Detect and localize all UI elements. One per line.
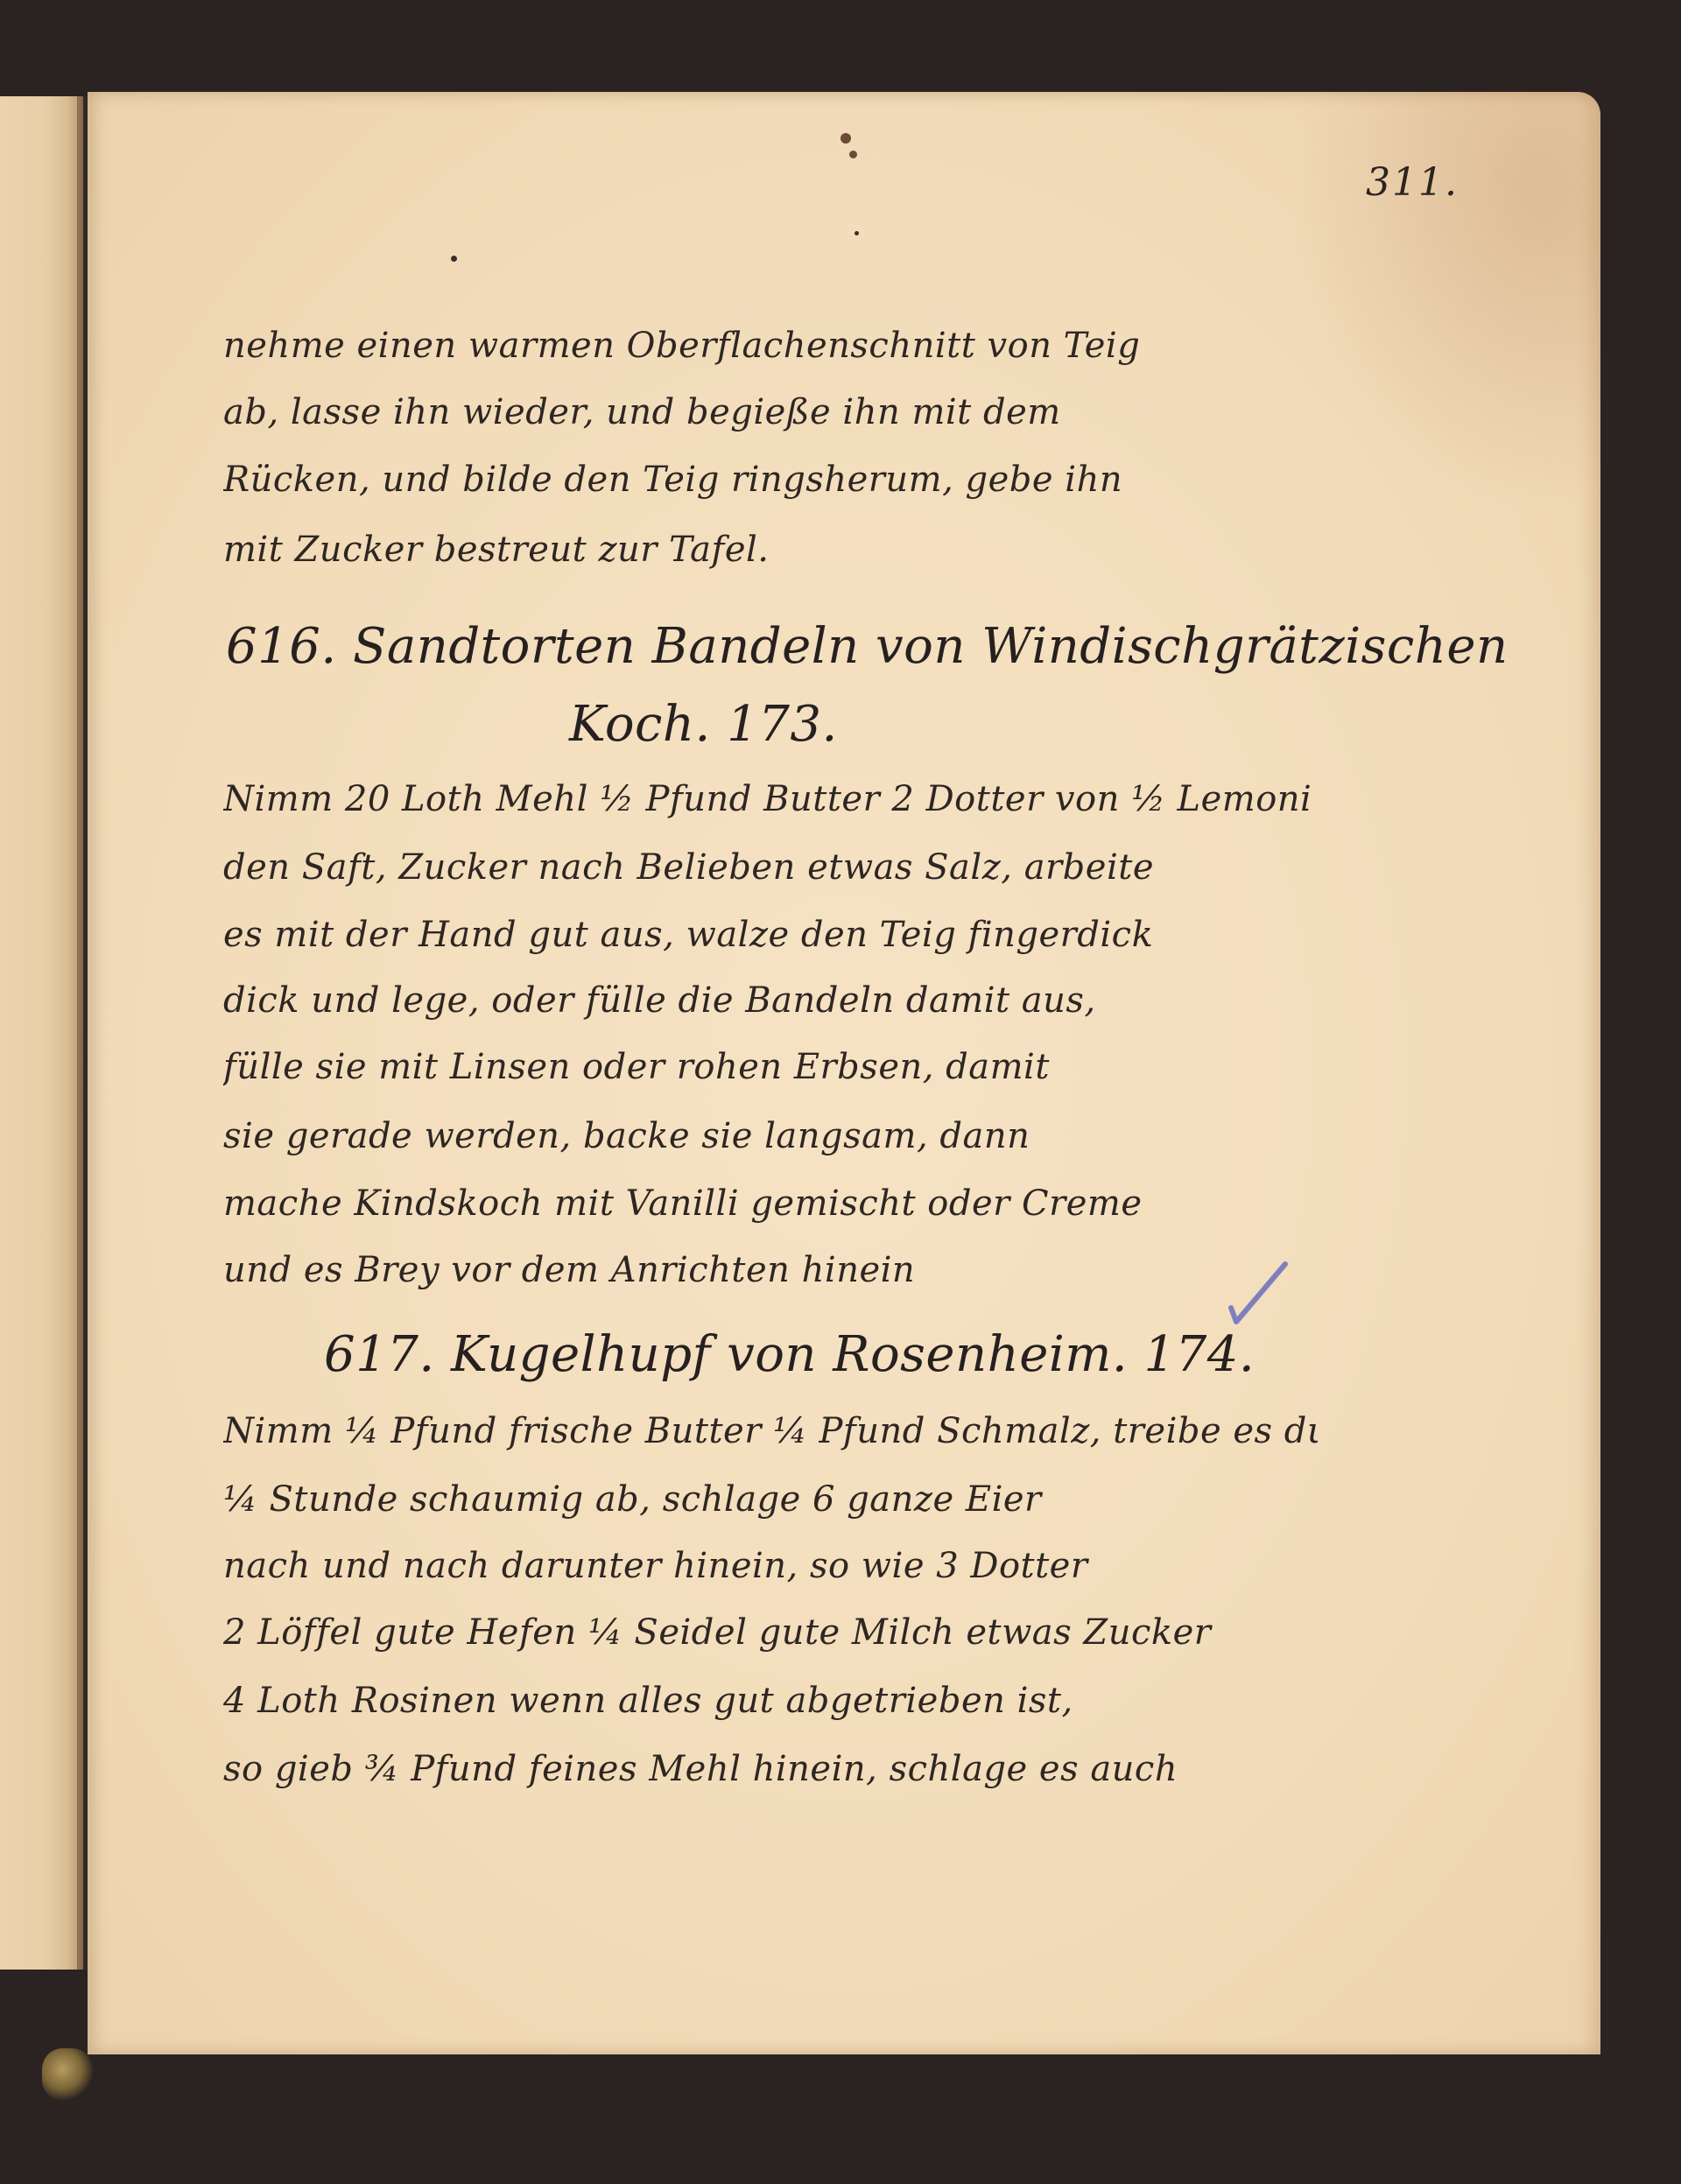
recipe-title: Sandtorten Bandeln von Windischgrätzisch… [353,618,1509,675]
binding-thread [42,2048,93,2101]
text-line: mit Zucker bestreut zur Tafel. [223,530,1318,570]
text-line: nach und nach darunter hinein, so wie 3 … [223,1546,1318,1586]
left-page-edge [0,96,83,1970]
recipe-number: 617. [324,1326,435,1383]
recipe-number: 616. [226,618,337,675]
check-mark-icon [1226,1259,1296,1329]
text-line: mache Kindskoch mit Vanilli gemischt ode… [223,1183,1318,1224]
ink-stain [840,133,851,144]
text-line: Nimm ¼ Pfund frische Butter ¼ Pfund Schm… [223,1411,1318,1451]
text-line: dick und lege, oder fülle die Bandeln da… [223,980,1318,1021]
recipe-heading-cont: Koch. 173. [569,696,838,753]
text-line: 2 Löffel gute Hefen ¼ Seidel gute Milch … [223,1612,1318,1653]
recipe-heading: 616. Sandtorten Bandeln von Windischgrät… [226,618,1509,675]
recipe-heading: 617. Kugelhupf von Rosenheim. 174. [324,1326,1255,1383]
text-line: 4 Loth Rosinen wenn alles gut abgetriebe… [223,1681,1318,1721]
ink-stain [849,151,857,158]
page-number: 311. [1366,160,1459,205]
ink-dot [451,256,457,262]
text-line: und es Brey vor dem Anrichten hinein [223,1250,1318,1290]
text-line: sie gerade werden, backe sie langsam, da… [223,1116,1318,1156]
text-line: den Saft, Zucker nach Belieben etwas Sal… [223,847,1318,888]
text-line: Rücken, und bilde den Teig ringsherum, g… [223,460,1318,500]
text-line: so gieb ¾ Pfund feines Mehl hinein, schl… [223,1749,1318,1789]
ink-dot [855,231,859,235]
text-line: ¼ Stunde schaumig ab, schlage 6 ganze Ei… [223,1479,1318,1520]
text-line: ab, lasse ihn wieder, und begieße ihn mi… [223,392,1318,432]
text-line: fülle sie mit Linsen oder rohen Erbsen, … [223,1047,1318,1087]
text-line: Nimm 20 Loth Mehl ½ Pfund Butter 2 Dotte… [223,779,1318,819]
text-line: es mit der Hand gut aus, walze den Teig … [223,915,1318,955]
text-line: nehme einen warmen Oberflachenschnitt vo… [223,326,1318,366]
recipe-title: Kugelhupf von Rosenheim. 174. [451,1326,1255,1383]
